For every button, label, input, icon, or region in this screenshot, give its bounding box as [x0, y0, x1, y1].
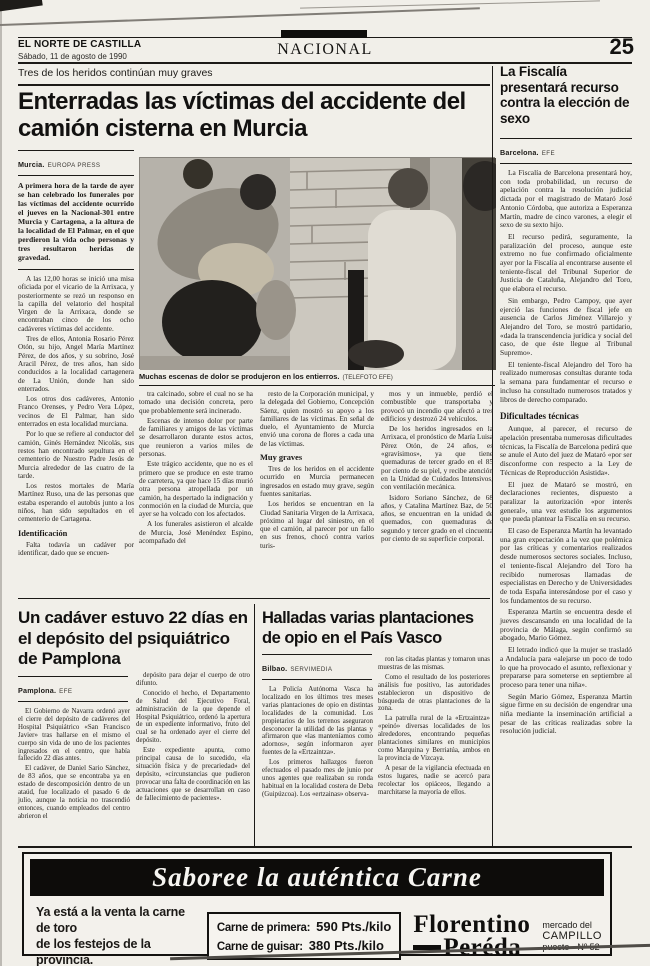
ad-top-rule	[18, 846, 632, 848]
article-paragraph: El Gobierno de Navarra ordenó ayer el ci…	[18, 708, 130, 763]
article-paragraph: A las 12,00 horas se inició una misa ofi…	[18, 275, 134, 333]
fiscalia-headline: La Fiscalía presentará recurso contra la…	[500, 64, 632, 126]
byline-city: Bilbao.	[262, 664, 287, 673]
masthead-title: EL NORTE DE CASTILLA	[18, 39, 141, 50]
byline-city: Murcia.	[18, 160, 45, 169]
ad-left-line1: Ya está a la venta la carne de toro	[36, 904, 195, 936]
photo-caption: Muchas escenas de dolor se produjeron en…	[139, 372, 495, 386]
article-paragraph: A pesar de la vigilancia efectuada en es…	[378, 765, 490, 797]
article-paragraph: Por lo que se refiere al conductor del c…	[18, 430, 134, 480]
article-paragraph: La Fiscalía de Barcelona presentará hoy,…	[500, 169, 632, 230]
article-paragraph: Falta todavía un cadáver por identificar…	[18, 541, 134, 558]
article-paragraph: depósito para dejar el cuerpo de otro di…	[136, 672, 250, 688]
article-paragraph: La Policía Autónoma Vasca ha localizado …	[262, 686, 373, 757]
article-paragraph: Tres de ellos, Antonia Rosario Pérez Otó…	[18, 335, 134, 393]
article-paragraph: El teniente-fiscal Alejandro del Toro ha…	[500, 361, 632, 405]
article-paragraph: La patrulla rural de la «Ertzaintza» «pe…	[378, 715, 490, 762]
subhead-dificultades: Dificultades técnicas	[500, 411, 632, 421]
article-text: A las 12,00 horas se inició una misa ofi…	[18, 275, 134, 524]
article-paragraph: A los funerales asistieron el alcalde de…	[139, 520, 253, 545]
main-article-column-3: resto de la Corporación municipal, y la …	[260, 390, 374, 552]
article-paragraph: Los primeros hallazgos fueron efectuados…	[262, 759, 373, 799]
article-text: Falta todavía un cadáver por identificar…	[18, 541, 134, 558]
pamplona-column-1: El Gobierno de Navarra ordenó ayer el ci…	[18, 708, 130, 823]
article-paragraph: resto de la Corporación municipal, y la …	[260, 390, 374, 448]
page-number: 25	[610, 34, 634, 60]
subhead-muy-graves: Muy graves	[260, 453, 374, 462]
article-paragraph: Los restos mortales de María Martínez Ru…	[18, 482, 134, 523]
photo-credit: (TELEFOTO EFE)	[342, 374, 392, 381]
article-paragraph: Según Mario Gómez, Esperanza Martín sigu…	[500, 693, 632, 737]
article-paragraph: El recurso pedirá, seguramente, la paral…	[500, 233, 632, 294]
opio-column-2: ron las citadas plantas y tomaron unas m…	[378, 656, 490, 798]
byline-city: Pamplona.	[18, 686, 56, 695]
article-text: Tres de los heridos en el accidente ocur…	[260, 465, 374, 550]
article-paragraph: mos y un inmueble, perdió el combustible…	[381, 390, 493, 423]
market-line2: CAMPILLO	[542, 931, 602, 942]
section-tab	[281, 30, 367, 38]
byline: Pamplona.EFE	[18, 676, 128, 702]
price-value: 590 Pts./kilo	[316, 919, 391, 934]
bottom-column-divider	[254, 604, 255, 846]
scan-corner-mark	[0, 0, 43, 13]
fiscalia-article: La Fiscalía presentará recurso contra la…	[500, 64, 632, 739]
article-paragraph: Los heridos se encuentran en la Ciudad S…	[260, 500, 374, 550]
article-text: Aunque, al parecer, el recurso de apelac…	[500, 425, 632, 736]
opio-column-1: La Policía Autónoma Vasca ha localizado …	[262, 686, 373, 801]
ad-left-line2: de los festejos de la provincia.	[36, 936, 195, 966]
article-paragraph: De los heridos ingresados en la Arrixaca…	[381, 425, 493, 491]
masthead: EL NORTE DE CASTILLA Sábado, 11 de agost…	[18, 39, 141, 61]
market-line1: mercado del	[542, 920, 602, 931]
article-paragraph: Conocido el hecho, el Departamento de Sa…	[136, 690, 250, 745]
article-paragraph: Como el resultado de los posteriores aná…	[378, 674, 490, 714]
price-row-primera: Carne de primera: 590 Pts./kilo	[217, 919, 391, 934]
page-edge-line	[0, 0, 2, 966]
lead-paragraph: A primera hora de la tarde de ayer se ha…	[18, 181, 134, 270]
article-paragraph: Sin embargo, Pedro Campoy, que ayer ejer…	[500, 297, 632, 358]
byline: Murcia.EUROPA PRESS	[18, 150, 134, 176]
article-paragraph: El juez de Mataró se mostró, en declarac…	[500, 481, 632, 525]
article-paragraph: Este trágico accidente, que no es el pri…	[139, 460, 253, 518]
article-paragraph: Tres de los heridos en el accidente ocur…	[260, 465, 374, 498]
article-text: resto de la Corporación municipal, y la …	[260, 390, 374, 448]
main-article-column-2: tra calcinado, sobre el cual no se ha to…	[139, 390, 253, 547]
article-paragraph: Escenas de intenso dolor por parte de fa…	[139, 417, 253, 458]
byline-agency: SERVIMEDIA	[290, 666, 332, 673]
masthead-date: Sábado, 11 de agosto de 1990	[18, 52, 141, 61]
advertisement: Saboree la auténtica Carne Ya está a la …	[22, 852, 612, 956]
article-paragraph: Aunque, al parecer, el recurso de apelac…	[500, 425, 632, 477]
article-paragraph: Los otros dos cadáveres, Antonio Franco …	[18, 395, 134, 428]
main-article-column-1: Murcia.EUROPA PRESS A primera hora de la…	[18, 150, 134, 559]
strap-line: Tres de los heridos continúan muy graves	[18, 67, 213, 79]
price-label: Carne de primera:	[217, 922, 310, 934]
byline-agency: EFE	[59, 688, 72, 695]
article-text: La Fiscalía de Barcelona presentará hoy,…	[500, 169, 632, 404]
byline: Bilbao.SERVIMEDIA	[262, 654, 372, 680]
article-paragraph: El letrado indicó que la mujer se trasla…	[500, 646, 632, 690]
subhead-identificacion: Identificación	[18, 529, 134, 538]
pamplona-headline: Un cadáver estuvo 22 días en el depósito…	[18, 608, 252, 670]
article-paragraph: Este expediente apunta, como principal c…	[136, 747, 250, 802]
article-paragraph: El cadáver, de Daniel Sario Sánchez, de …	[18, 765, 130, 820]
news-photo	[139, 157, 495, 369]
price-row-guisar: Carne de guisar: 380 Pts./kilo	[217, 938, 391, 953]
byline-city: Barcelona.	[500, 148, 539, 157]
article-paragraph: El caso de Esperanza Martín ha levantado…	[500, 527, 632, 605]
byline: Barcelona.EFE	[500, 138, 632, 164]
newspaper-page: EL NORTE DE CASTILLA Sábado, 11 de agost…	[0, 0, 650, 966]
article-paragraph: tra calcinado, sobre el cual no se ha to…	[139, 390, 253, 415]
bottom-section-rule	[18, 598, 490, 599]
article-paragraph: ron las citadas plantas y tomaron unas m…	[378, 656, 490, 672]
byline-agency: EUROPA PRESS	[48, 162, 101, 169]
section-title: NACIONAL	[252, 41, 398, 59]
opio-headline: Halladas varias plantaciones de opio en …	[262, 608, 490, 648]
article-paragraph: Esperanza Martín se encuentra desde el j…	[500, 608, 632, 643]
article-paragraph: Isidoro Soriano Sánchez, de 68 años, y C…	[381, 494, 493, 544]
strap-rule	[18, 84, 490, 86]
main-article-column-4: mos y un inmueble, perdió el combustible…	[381, 390, 493, 545]
main-headline: Enterradas las víctimas del accidente de…	[18, 88, 496, 142]
right-column-divider	[492, 66, 493, 846]
scan-artifact-top	[0, 7, 480, 26]
ad-banner: Saboree la auténtica Carne	[30, 859, 604, 896]
pamplona-column-2: depósito para dejar el cuerpo de otro di…	[136, 672, 250, 805]
byline-agency: EFE	[542, 150, 555, 157]
caption-text: Muchas escenas de dolor se produjeron en…	[139, 372, 339, 381]
price-label: Carne de guisar:	[217, 941, 303, 953]
